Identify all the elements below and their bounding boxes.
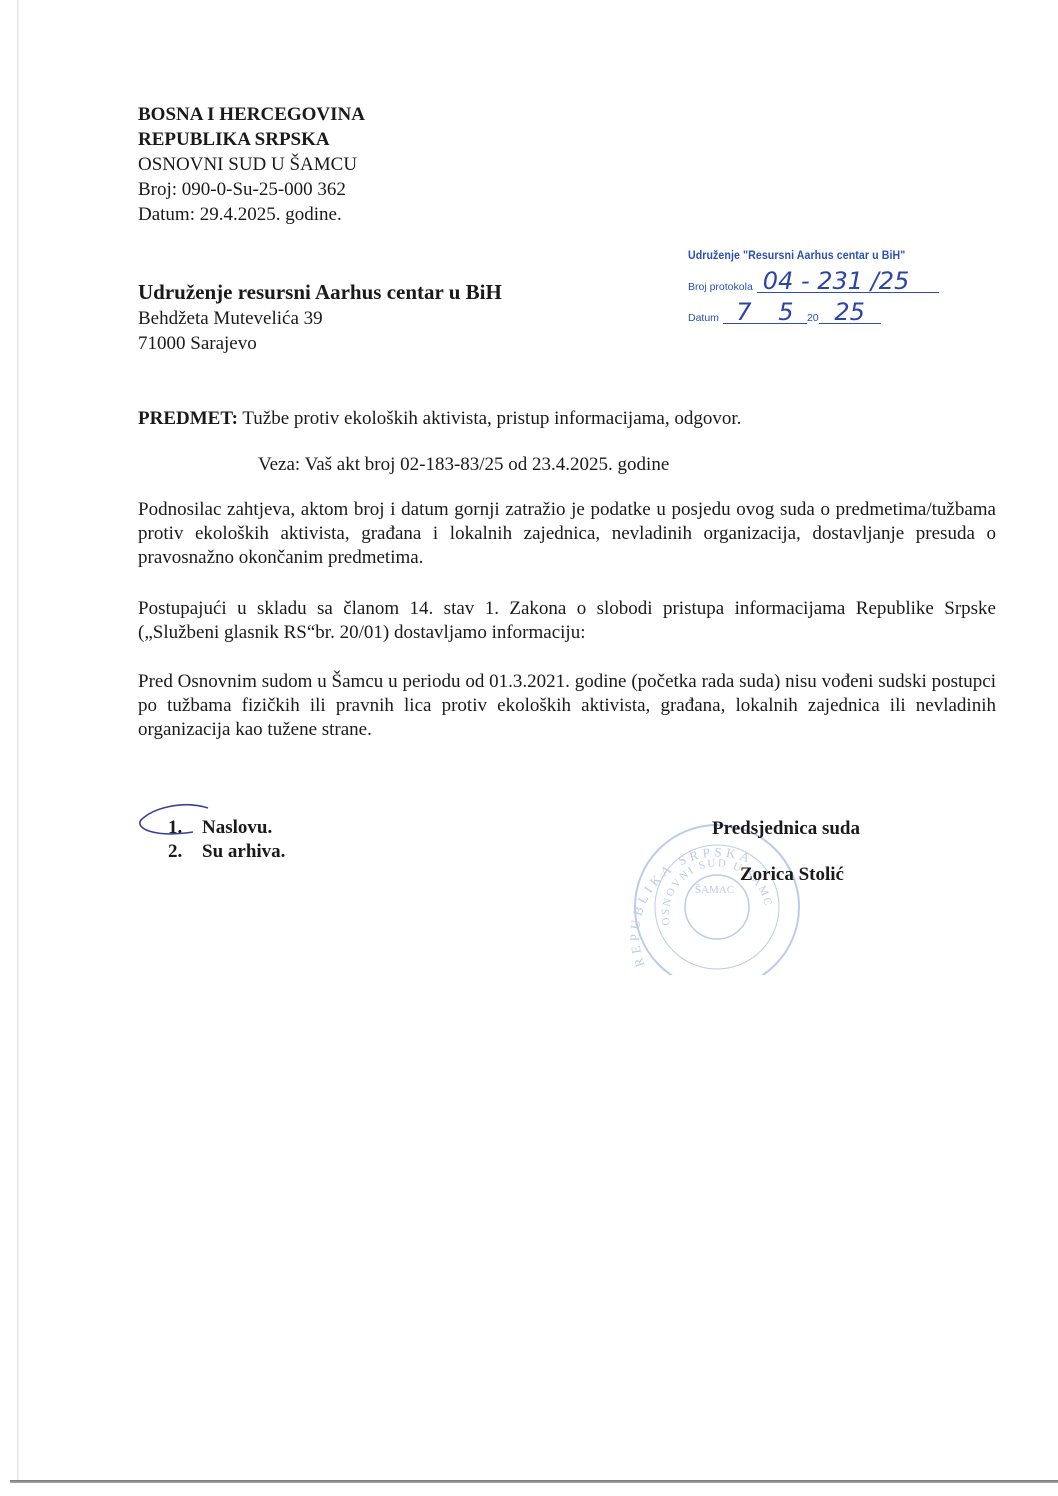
receipt-stamp-month-field: 5	[765, 301, 807, 324]
recipient-name: Udruženje resursni Aarhus centar u BiH	[138, 279, 502, 306]
receipt-stamp-year: 25	[834, 298, 865, 326]
receipt-stamp-date-row: Datum 7 5 20 25	[688, 301, 939, 324]
body-paragraph-request: Podnosilac zahtjeva, aktom broj i datum …	[138, 498, 996, 570]
subject-line: PREDMET: Tužbe protiv ekoloških aktivist…	[138, 406, 741, 431]
scan-edge-bottom	[10, 1480, 1058, 1483]
recipient-street: Behdžeta Mutevelića 39	[138, 306, 502, 331]
subject-text: Tužbe protiv ekoloških aktivista, pristu…	[242, 408, 741, 429]
receipt-stamp: Udruženje "Resursni Aarhus centar u BiH"…	[688, 250, 939, 324]
letterhead: BOSNA I HERCEGOVINA REPUBLIKA SRPSKA OSN…	[138, 102, 365, 227]
receipt-stamp-month: 5	[778, 298, 793, 326]
document-date: Datum: 29.4.2025. godine.	[138, 202, 365, 227]
document-number: Broj: 090-0-Su-25-000 362	[138, 177, 365, 202]
distribution-item: 1. Naslovu.	[168, 816, 285, 840]
receipt-stamp-century: 20	[807, 312, 819, 324]
subject-label: PREDMET:	[138, 408, 238, 429]
receipt-stamp-day: 7	[736, 298, 751, 326]
distribution-list: 1. Naslovu. 2. Su arhiva.	[168, 816, 285, 864]
recipient-address: Udruženje resursni Aarhus centar u BiH B…	[138, 279, 502, 356]
body-paragraph-legal-basis: Postupajući u skladu sa članom 14. stav …	[138, 597, 996, 645]
signature-role: Predsjednica suda	[712, 818, 860, 840]
distribution-item: 2. Su arhiva.	[168, 840, 285, 864]
body-paragraph-answer: Pred Osnovnim sudom u Šamcu u periodu od…	[138, 670, 996, 742]
receipt-stamp-protocol-value: 04 - 231 /25	[763, 267, 910, 295]
signature-name: Zorica Stolić	[740, 864, 860, 886]
signature-block: Predsjednica suda Zorica Stolić	[712, 818, 860, 886]
scan-edge-left	[17, 0, 19, 1480]
receipt-stamp-protocol-field: 04 - 231 /25	[757, 270, 939, 293]
receipt-stamp-day-field: 7	[723, 301, 765, 324]
receipt-stamp-protocol-row: Broj protokola 04 - 231 /25	[688, 270, 939, 293]
letterhead-country: BOSNA I HERCEGOVINA	[138, 102, 365, 127]
receipt-stamp-date-label: Datum	[688, 312, 719, 324]
recipient-city: 71000 Sarajevo	[138, 331, 502, 356]
receipt-stamp-year-field: 25	[819, 301, 881, 324]
receipt-stamp-title: Udruženje "Resursni Aarhus centar u BiH"	[688, 250, 919, 262]
reference-line: Veza: Vaš akt broj 02-183-83/25 od 23.4.…	[258, 452, 669, 477]
letterhead-entity: REPUBLIKA SRPSKA	[138, 127, 365, 152]
receipt-stamp-protocol-label: Broj protokola	[688, 281, 753, 293]
letterhead-court: OSNOVNI SUD U ŠAMCU	[138, 152, 365, 177]
